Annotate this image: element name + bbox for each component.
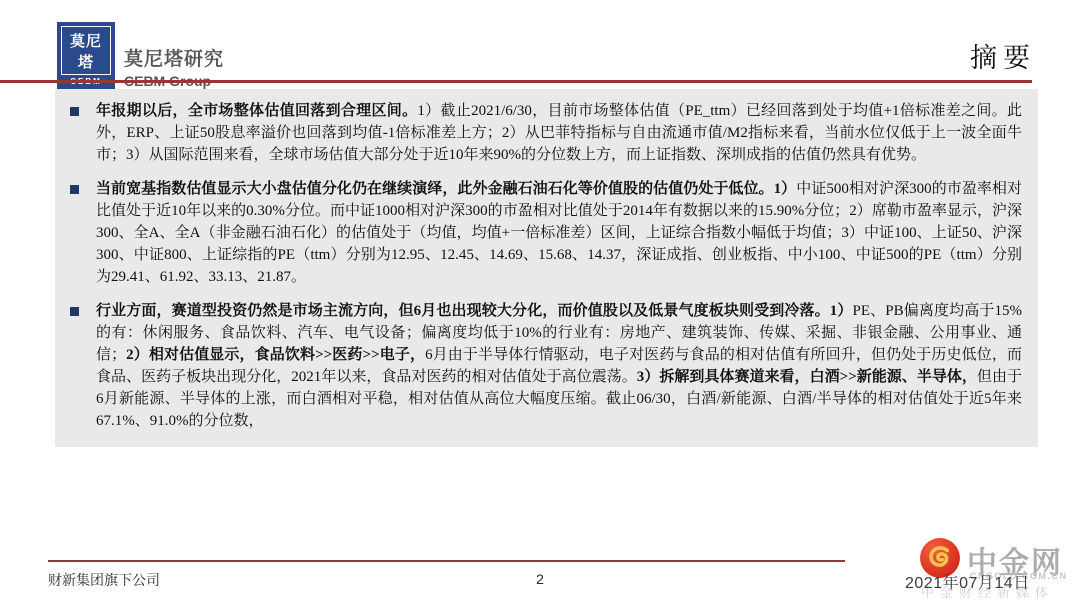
bullet-square-icon <box>70 307 79 316</box>
report-slide: 莫尼塔 CEBM 财新智库 莫尼塔研究 CEBM Group 摘要 年报期以后，… <box>0 0 1080 608</box>
bullet-square-icon <box>70 107 79 116</box>
bullet-text: 当前宽基指数估值显示大小盘估值分化仍在继续演绎，此外金融石油石化等价值股的估值仍… <box>96 178 1022 288</box>
header-divider <box>0 80 1032 83</box>
summary-box: 年报期以后，全市场整体估值回落到合理区间。1）截止2021/6/30，目前市场整… <box>55 89 1038 447</box>
page-number: 2 <box>536 571 544 587</box>
summary-bullets: 年报期以后，全市场整体估值回落到合理区间。1）截止2021/6/30，目前市场整… <box>55 89 1038 432</box>
page-title: 摘要 <box>970 36 1036 75</box>
logo-name-cn: 莫尼塔 <box>61 26 111 75</box>
report-date: 2021年07月14日 <box>905 570 1030 593</box>
footer-company: 财新集团旗下公司 <box>48 570 160 590</box>
bullet-item: 年报期以后，全市场整体估值回落到合理区间。1）截止2021/6/30，目前市场整… <box>68 100 1022 166</box>
brand-title: 莫尼塔研究 <box>124 44 224 71</box>
bullet-text: 年报期以后，全市场整体估值回落到合理区间。1）截止2021/6/30，目前市场整… <box>96 100 1022 166</box>
bullet-item: 行业方面，赛道型投资仍然是市场主流方向，但6月也出现较大分化，而价值股以及低景气… <box>68 300 1022 432</box>
bullet-text: 行业方面，赛道型投资仍然是市场主流方向，但6月也出现较大分化，而价值股以及低景气… <box>96 300 1022 432</box>
bullet-item: 当前宽基指数估值显示大小盘估值分化仍在继续演绎，此外金融石油石化等价值股的估值仍… <box>68 178 1022 288</box>
logo-top-block: 莫尼塔 CEBM <box>57 22 115 89</box>
bullet-square-icon <box>70 185 79 194</box>
footer-divider <box>48 560 845 562</box>
